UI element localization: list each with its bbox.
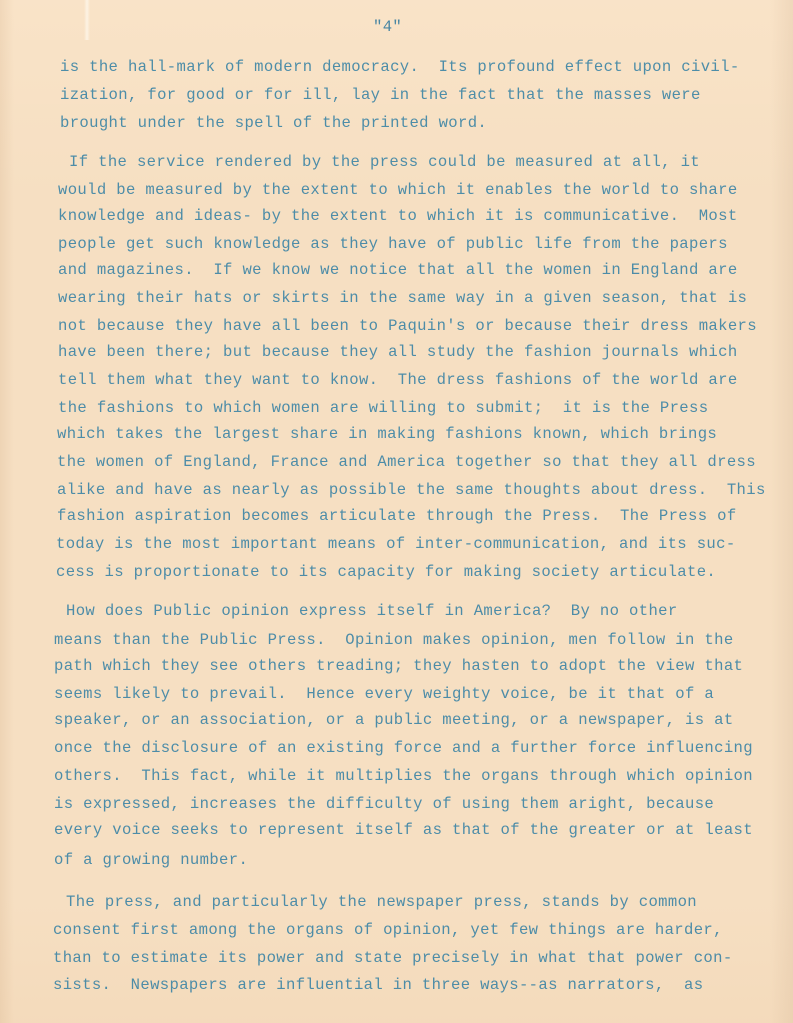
text-line: knowledge and ideas- by the extent to wh… [58, 206, 738, 226]
text-line: the women of England, France and America… [57, 452, 756, 472]
text-line: than to estimate its power and state pre… [53, 948, 733, 968]
text-line: speaker, or an association, or a public … [54, 710, 734, 730]
text-line: once the disclosure of an existing force… [54, 738, 753, 758]
text-line: which takes the largest share in making … [57, 424, 717, 444]
text-line: fashion aspiration becomes articulate th… [57, 506, 737, 526]
page-number: "4" [373, 17, 402, 37]
text-line: every voice seeks to represent itself as… [54, 820, 753, 840]
text-line: have been there; but because they all st… [58, 342, 738, 362]
typed-page: "4" is the hall-mark of modern democracy… [0, 0, 793, 1023]
text-line: ization, for good or for ill, lay in the… [60, 85, 701, 105]
text-line: seems likely to prevail. Hence every wei… [54, 684, 714, 704]
text-line: today is the most important means of int… [56, 534, 736, 554]
text-line: The press, and particularly the newspape… [66, 892, 697, 912]
text-line: sists. Newspapers are influential in thr… [53, 975, 703, 995]
text-line: tell them what they want to know. The dr… [58, 370, 738, 390]
paper-crease [84, 0, 90, 40]
text-line: people get such knowledge as they have o… [58, 234, 728, 254]
text-line: means than the Public Press. Opinion mak… [54, 630, 734, 650]
text-line: would be measured by the extent to which… [58, 180, 738, 200]
text-line: others. This fact, while it multiplies t… [54, 766, 753, 786]
text-line: path which they see others treading; the… [54, 656, 743, 676]
text-line: How does Public opinion express itself i… [66, 601, 678, 621]
text-line: not because they have all been to Paquin… [58, 316, 757, 336]
text-line: wearing their hats or skirts in the same… [58, 288, 747, 308]
text-line: consent first among the organs of opinio… [53, 920, 723, 940]
text-line: the fashions to which women are willing … [58, 398, 708, 418]
text-line: brought under the spell of the printed w… [60, 113, 487, 133]
text-line: cess is proportionate to its capacity fo… [56, 562, 716, 582]
text-line: is expressed, increases the difficulty o… [54, 794, 714, 814]
text-line: alike and have as nearly as possible the… [57, 480, 766, 500]
text-line: and magazines. If we know we notice that… [58, 260, 738, 280]
text-line: is the hall-mark of modern democracy. It… [60, 57, 740, 77]
text-line: If the service rendered by the press cou… [69, 152, 700, 172]
text-line: of a growing number. [54, 850, 248, 870]
